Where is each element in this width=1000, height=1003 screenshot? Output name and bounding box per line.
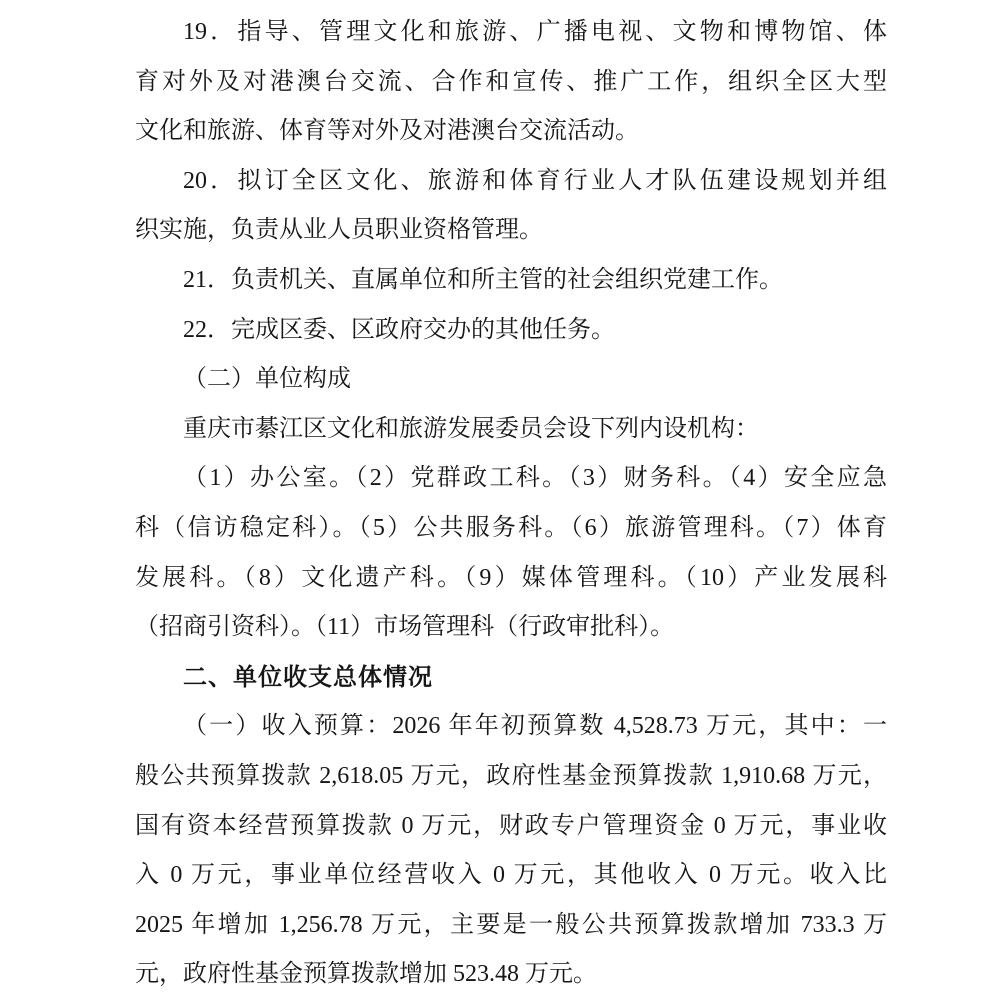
paragraph-line: 科（信访稳定科）。（5）公共服务科。（6）旅游管理科。（7）体育 <box>135 504 887 554</box>
paragraph-line: 22．完成区委、区政府交办的其他任务。 <box>135 306 887 356</box>
paragraph-line: 国有资本经营预算拨款 0 万元，财政专户管理资金 0 万元，事业收 <box>135 802 887 852</box>
section-heading: 二、单位收支总体情况 <box>135 653 887 703</box>
paragraph-line: 文化和旅游、体育等对外及对港澳台交流活动。 <box>135 107 887 157</box>
paragraph-line: 入 0 万元，事业单位经营收入 0 万元，其他收入 0 万元。收入比 <box>135 851 887 901</box>
document-text-column: 19．指导、管理文化和旅游、广播电视、文物和博物馆、体 育对外及对港澳台交流、合… <box>135 8 887 1000</box>
paragraph-line: 19．指导、管理文化和旅游、广播电视、文物和博物馆、体 <box>135 8 887 58</box>
paragraph-line: 般公共预算拨款 2,618.05 万元，政府性基金预算拨款 1,910.68 万… <box>135 752 887 802</box>
paragraph-line: 元，政府性基金预算拨款增加 523.48 万元。 <box>135 950 887 1000</box>
paragraph-line: 育对外及对港澳台交流、合作和宣传、推广工作，组织全区大型 <box>135 58 887 108</box>
document-page: 19．指导、管理文化和旅游、广播电视、文物和博物馆、体 育对外及对港澳台交流、合… <box>0 0 1000 1003</box>
paragraph-line: （招商引资科）。（11）市场管理科（行政审批科）。 <box>135 603 887 653</box>
paragraph-line: 发展科。（8）文化遗产科。（9）媒体管理科。（10）产业发展科 <box>135 554 887 604</box>
paragraph-line: 21．负责机关、直属单位和所主管的社会组织党建工作。 <box>135 256 887 306</box>
section-income-expenditure: 二、单位收支总体情况 <box>135 653 887 703</box>
duty-item-20: 20．拟订全区文化、旅游和体育行业人才队伍建设规划并组 织实施，负责从业人员职业… <box>135 157 887 256</box>
paragraph-line: 2025 年增加 1,256.78 万元，主要是一般公共预算拨款增加 733.3… <box>135 901 887 951</box>
internal-organs-list: （1）办公室。（2）党群政工科。（3）财务科。（4）安全应急 科（信访稳定科）。… <box>135 454 887 652</box>
subsection-unit-composition: （二）单位构成 <box>135 355 887 405</box>
paragraph-line: （1）办公室。（2）党群政工科。（3）财务科。（4）安全应急 <box>135 454 887 504</box>
income-budget-paragraph: （一）收入预算：2026 年年初预算数 4,528.73 万元，其中：一 般公共… <box>135 702 887 1000</box>
duty-item-19: 19．指导、管理文化和旅游、广播电视、文物和博物馆、体 育对外及对港澳台交流、合… <box>135 8 887 157</box>
internal-organs-intro: 重庆市綦江区文化和旅游发展委员会设下列内设机构： <box>135 405 887 455</box>
paragraph-line: 重庆市綦江区文化和旅游发展委员会设下列内设机构： <box>135 405 887 455</box>
paragraph-line: 织实施，负责从业人员职业资格管理。 <box>135 206 887 256</box>
duty-item-22: 22．完成区委、区政府交办的其他任务。 <box>135 306 887 356</box>
paragraph-line: （一）收入预算：2026 年年初预算数 4,528.73 万元，其中：一 <box>135 702 887 752</box>
duty-item-21: 21．负责机关、直属单位和所主管的社会组织党建工作。 <box>135 256 887 306</box>
subsection-heading-line: （二）单位构成 <box>135 355 887 405</box>
paragraph-line: 20．拟订全区文化、旅游和体育行业人才队伍建设规划并组 <box>135 157 887 207</box>
